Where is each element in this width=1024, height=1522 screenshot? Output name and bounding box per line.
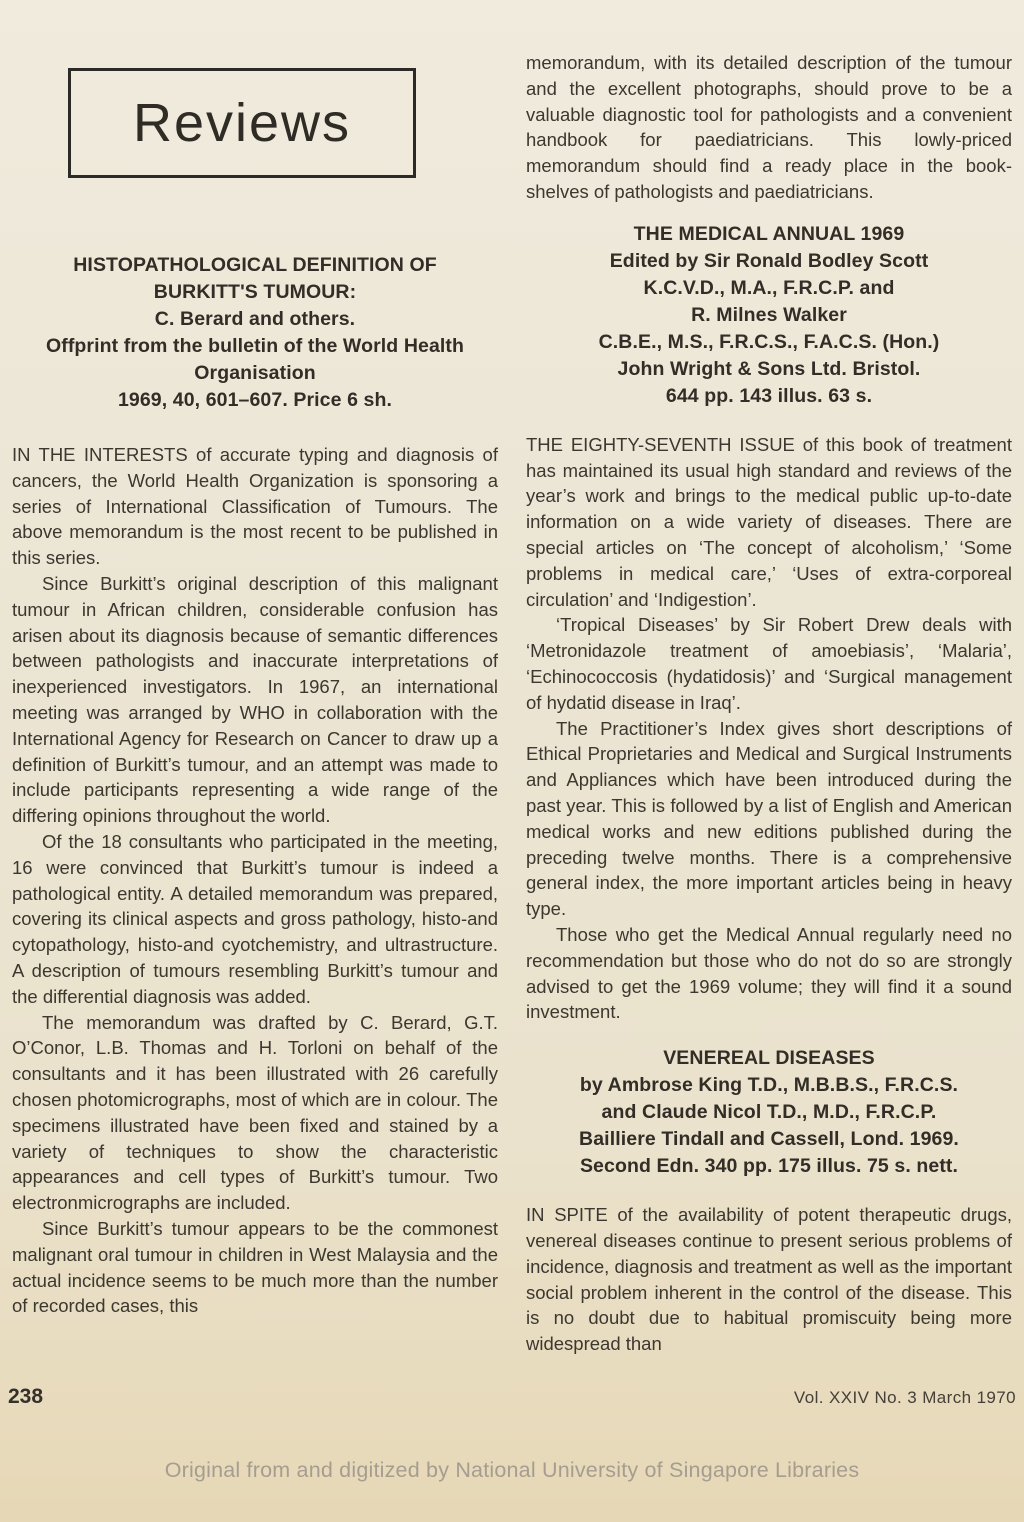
review3-author-line: by Ambrose King T.D., M.B.B.S., F.R.C.S. — [526, 1072, 1012, 1099]
review2-paragraph: ‘Tropical Diseases’ by Sir Robert Drew d… — [526, 612, 1012, 715]
review3-paragraph: IN SPITE of the availability of potent t… — [526, 1202, 1012, 1357]
review1-author-line: C. Berard and others. — [12, 306, 498, 333]
review2-paragraph: THE EIGHTY-SEVENTH ISSUE of this book of… — [526, 432, 1012, 613]
review3-heading: VENEREAL DISEASES by Ambrose King T.D., … — [526, 1045, 1012, 1180]
review1-heading: HISTOPATHOLOGICAL DEFINITION OF BURKITT'… — [12, 252, 498, 414]
review3-title-line: VENEREAL DISEASES — [526, 1045, 1012, 1072]
digitization-notice: Original from and digitized by National … — [0, 1458, 1024, 1483]
page-footer: 238 Vol. XXIV No. 3 March 1970 — [8, 1385, 1016, 1409]
review2-editor-line: K.C.V.D., M.A., F.R.C.P. and — [526, 275, 1012, 302]
review1-paragraph: Of the 18 consultants who participated i… — [12, 829, 498, 1010]
review2-heading: THE MEDICAL ANNUAL 1969 Edited by Sir Ro… — [526, 221, 1012, 410]
review2-paragraph: Those who get the Medical Annual regular… — [526, 922, 1012, 1025]
review1-paragraph: IN THE INTERESTS of accurate typing and … — [12, 442, 498, 571]
review1-paragraph: Since Burkitt’s tumour appears to be the… — [12, 1216, 498, 1319]
review1-source-line: Offprint from the bulletin of the World … — [12, 333, 498, 360]
review2-title-line: THE MEDICAL ANNUAL 1969 — [526, 221, 1012, 248]
review2-citation-line: 644 pp. 143 illus. 63 s. — [526, 383, 1012, 410]
two-column-layout: Reviews HISTOPATHOLOGICAL DEFINITION OF … — [0, 0, 1024, 1357]
section-title: Reviews — [133, 92, 351, 154]
review3-author-line: and Claude Nicol T.D., M.D., F.R.C.P. — [526, 1099, 1012, 1126]
review2-paragraph: The Practitioner’s Index gives short des… — [526, 716, 1012, 922]
right-column: memorandum, with its detailed descriptio… — [526, 0, 1012, 1357]
review1-title-line: BURKITT'S TUMOUR: — [12, 279, 498, 306]
page-number: 238 — [8, 1385, 43, 1409]
review1-paragraph: Since Burkitt’s original description of … — [12, 571, 498, 829]
review2-editor-line: C.B.E., M.S., F.R.C.S., F.A.C.S. (Hon.) — [526, 329, 1012, 356]
section-title-box: Reviews — [68, 68, 416, 178]
left-column: Reviews HISTOPATHOLOGICAL DEFINITION OF … — [12, 0, 498, 1357]
review1-source-line: Organisation — [12, 360, 498, 387]
review2-publisher-line: John Wright & Sons Ltd. Bristol. — [526, 356, 1012, 383]
review1-title-line: HISTOPATHOLOGICAL DEFINITION OF — [12, 252, 498, 279]
review2-editor-line: Edited by Sir Ronald Bodley Scott — [526, 248, 1012, 275]
review3-publisher-line: Bailliere Tindall and Cassell, Lond. 196… — [526, 1126, 1012, 1153]
journal-page: Reviews HISTOPATHOLOGICAL DEFINITION OF … — [0, 0, 1024, 1522]
review1-continuation-paragraph: memorandum, with its detailed descriptio… — [526, 50, 1012, 205]
review3-citation-line: Second Edn. 340 pp. 175 illus. 75 s. net… — [526, 1153, 1012, 1180]
review2-editor-line: R. Milnes Walker — [526, 302, 1012, 329]
volume-issue-date: Vol. XXIV No. 3 March 1970 — [794, 1388, 1016, 1408]
review1-paragraph: The memorandum was drafted by C. Berard,… — [12, 1010, 498, 1216]
review1-citation-line: 1969, 40, 601–607. Price 6 sh. — [12, 387, 498, 414]
